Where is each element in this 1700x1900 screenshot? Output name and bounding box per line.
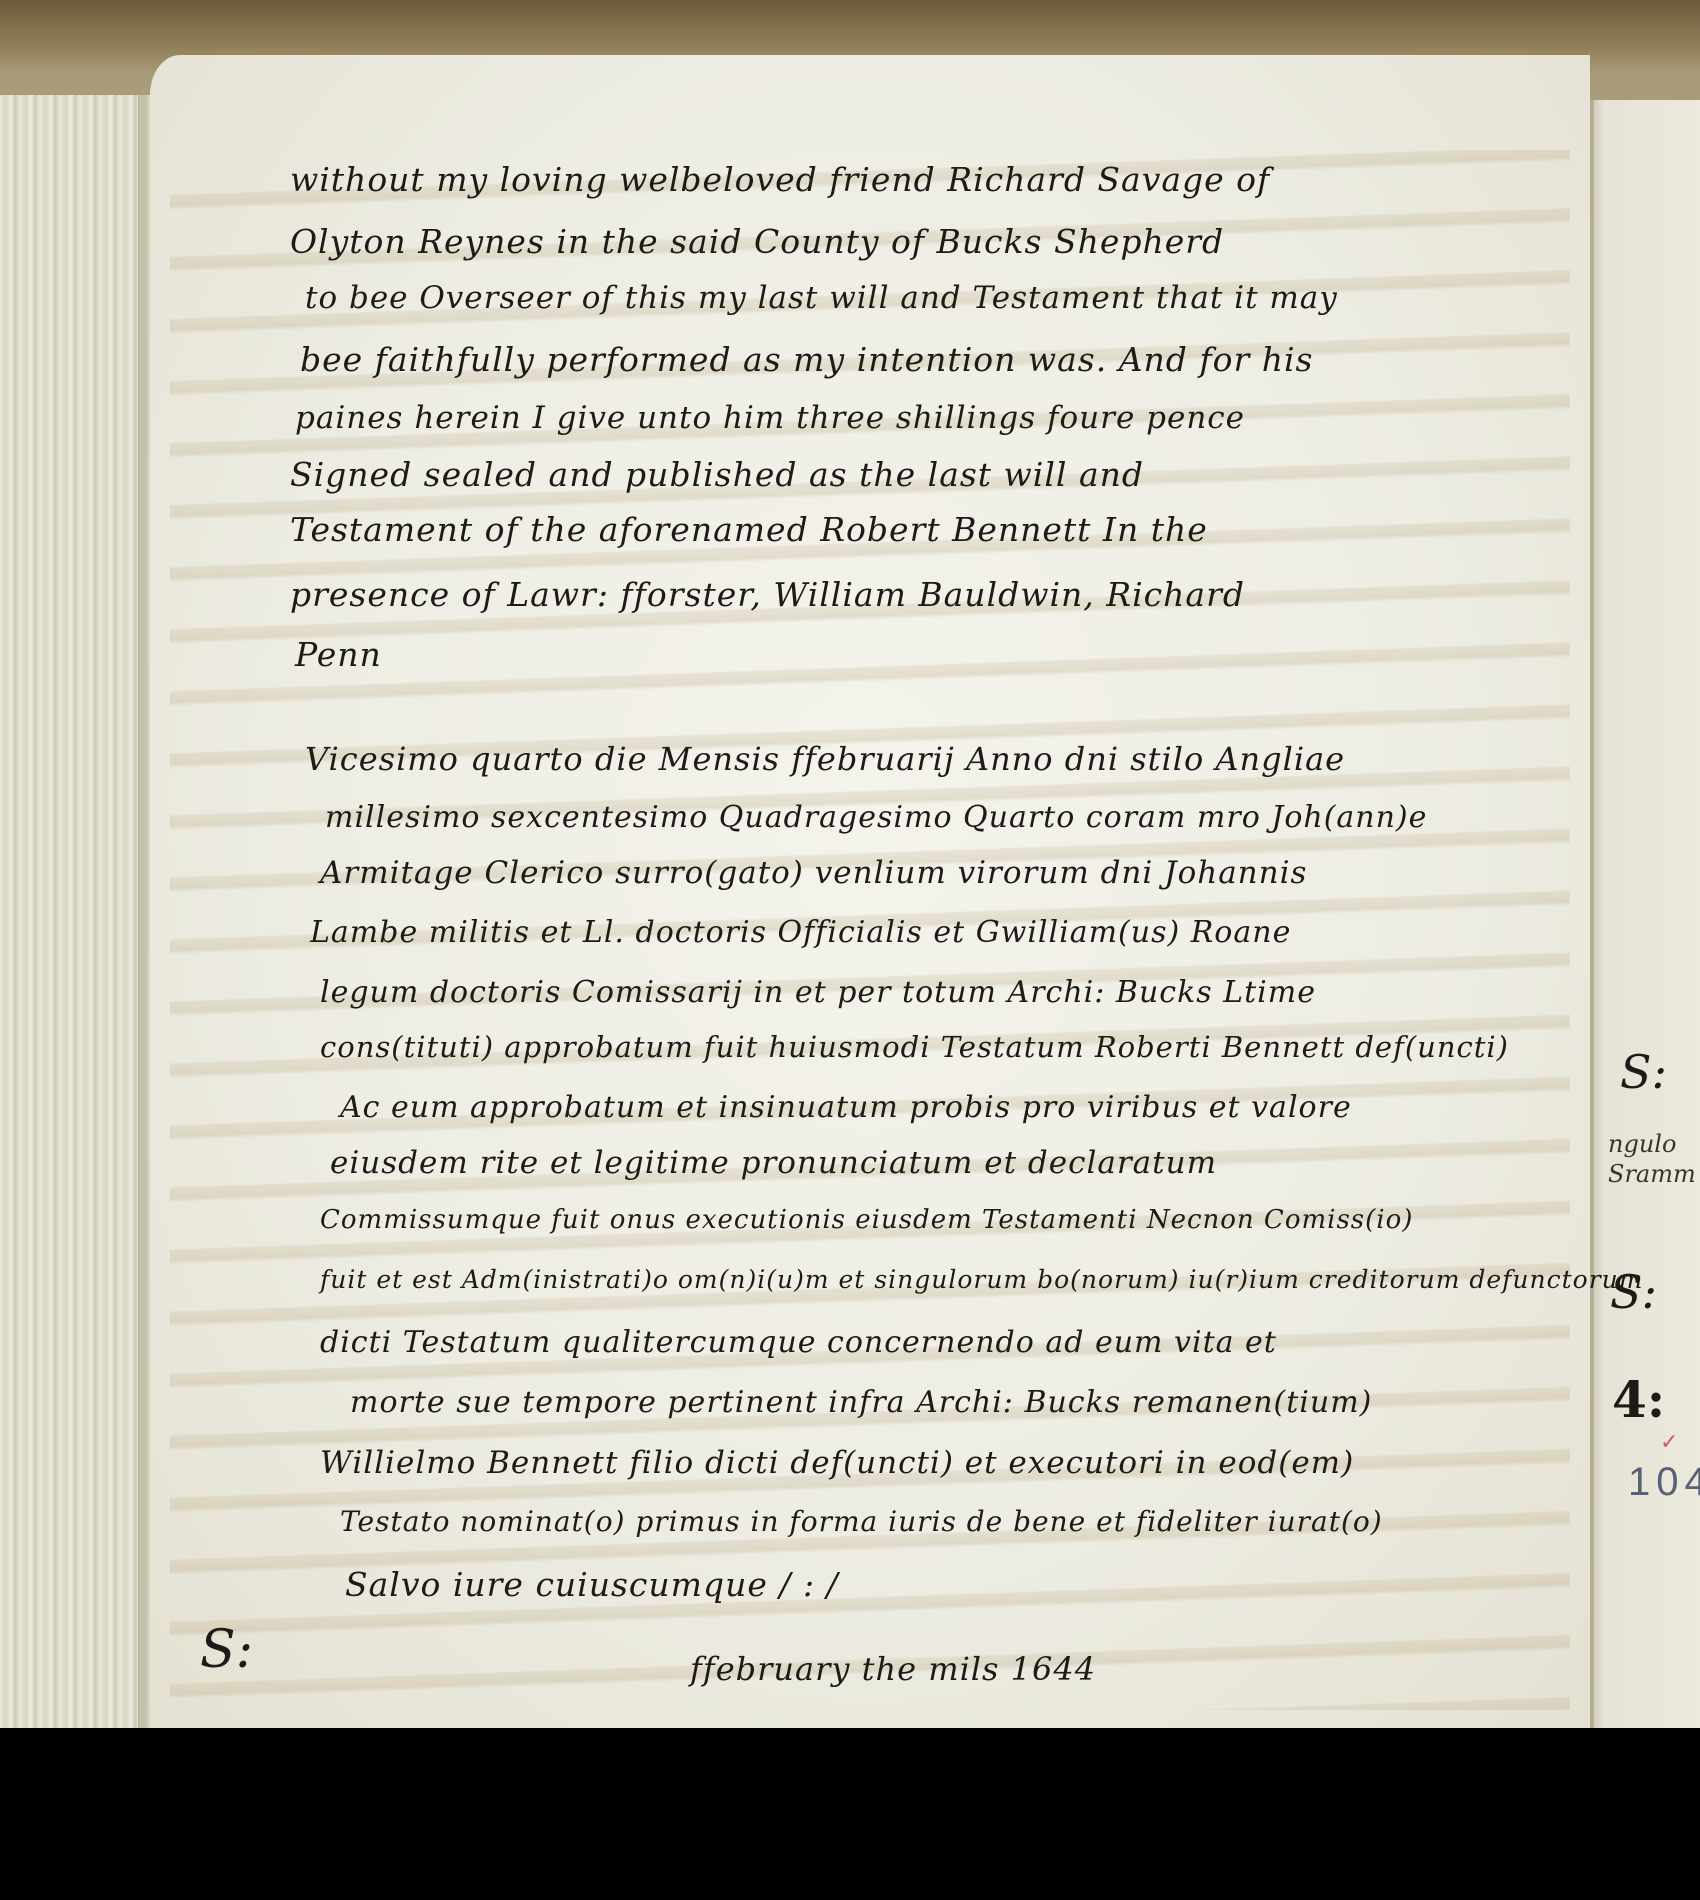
left-margin-sign-mark: S:	[200, 1620, 253, 1680]
probate-line-2: millesimo sexcentesimo Quadragesimo Quar…	[325, 800, 1427, 835]
endorsement-date: ffebruary the mils 1644	[690, 1650, 1096, 1688]
folio-check-mark-icon: ✓	[1660, 1430, 1678, 1455]
probate-line-14: Testato nominat(o) primus in forma iuris…	[340, 1505, 1383, 1538]
probate-line-8: eiusdem rite et legitime pronunciatum et…	[330, 1145, 1217, 1181]
probate-line-6: cons(tituti) approbatum fuit huiusmodi T…	[320, 1030, 1509, 1064]
right-margin-sign-mark-middle: S:	[1610, 1265, 1657, 1319]
right-margin-fee-mark: 4:	[1612, 1370, 1665, 1429]
will-line-2: Olyton Reynes in the said County of Buck…	[290, 222, 1224, 261]
will-line-5: paines herein I give unto him three shil…	[295, 400, 1245, 436]
probate-line-15: Salvo iure cuiuscumque / : /	[345, 1565, 839, 1604]
probate-line-1: Vicesimo quarto die Mensis ffebruarij An…	[305, 740, 1345, 778]
probate-line-9: Commissumque fuit onus executionis eiusd…	[320, 1205, 1413, 1235]
will-line-7: Testament of the aforenamed Robert Benne…	[290, 510, 1208, 549]
folio-number: 104	[1628, 1460, 1700, 1505]
will-line-9-witness: Penn	[295, 635, 382, 674]
book-page-edges	[0, 95, 150, 1728]
will-line-1: without my loving welbeloved friend Rich…	[290, 160, 1270, 199]
will-line-4: bee faithfully performed as my intention…	[300, 340, 1313, 379]
probate-line-10: fuit et est Adm(inistrati)o om(n)i(u)m e…	[320, 1265, 1643, 1294]
probate-line-13: Willielmo Bennett filio dicti def(uncti)…	[320, 1445, 1354, 1481]
manuscript-photograph: without my loving welbeloved friend Rich…	[0, 0, 1700, 1728]
black-bottom-band	[0, 1728, 1700, 1900]
probate-line-3: Armitage Clerico surro(gato) venlium vir…	[320, 855, 1307, 891]
right-margin-sign-mark-upper: S:	[1620, 1045, 1667, 1099]
will-line-6-signed: Signed sealed and published as the last …	[290, 455, 1144, 494]
probate-line-7: Ac eum approbatum et insinuatum probis p…	[340, 1090, 1352, 1125]
probate-line-11: dicti Testatum qualitercumque concernend…	[320, 1325, 1277, 1360]
right-margin-note-line-2: Sramm	[1608, 1160, 1696, 1188]
will-line-3: to bee Overseer of this my last will and…	[305, 280, 1338, 316]
probate-line-5: legum doctoris Comissarij in et per totu…	[320, 975, 1316, 1010]
probate-line-12: morte sue tempore pertinent infra Archi:…	[350, 1385, 1372, 1420]
right-margin-note-line-1: ngulo	[1608, 1130, 1676, 1158]
will-line-8-witnesses: presence of Lawr: fforster, William Baul…	[290, 575, 1245, 614]
probate-line-4: Lambe militis et Ll. doctoris Officialis…	[310, 915, 1291, 950]
